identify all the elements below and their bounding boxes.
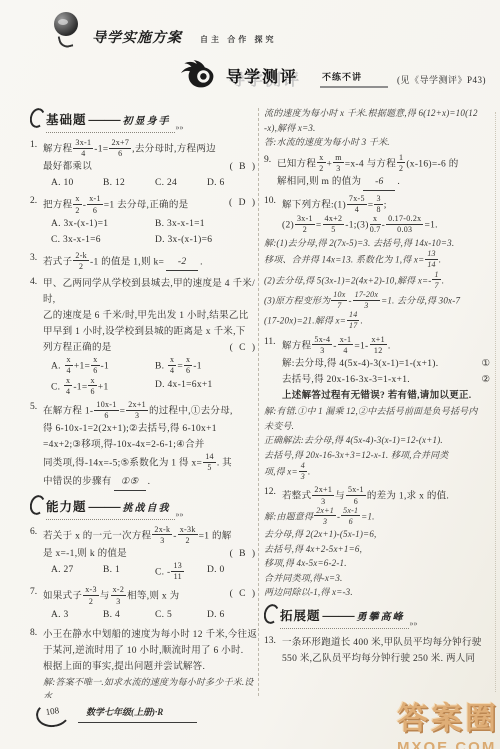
- text: .: [442, 275, 444, 285]
- text-line: 甲、乙两同学从学校到县城去,甲的速度是 4 千米/时,: [43, 276, 259, 308]
- numerator: x-1: [87, 194, 103, 205]
- option: D. 6: [207, 607, 259, 623]
- text-line: 解方程3x-14-1=2x+76,去分母时,方程两边: [43, 139, 259, 159]
- numerator: 7x-5: [347, 194, 367, 205]
- problem-3: 3.若式子2-k2-1 的值是 1,则 k=-2.: [30, 252, 259, 272]
- denominator: 4: [168, 366, 176, 376]
- numerator: 2x+1: [312, 485, 334, 496]
- text: =4x+2;③移项,得-10x-4x=2-6-1;④合并: [43, 440, 205, 450]
- option: B. 12: [103, 175, 155, 191]
- option: C. -1311: [155, 562, 207, 582]
- numerator: 2-k: [73, 251, 89, 262]
- answer-blank: ①⑤: [114, 474, 146, 491]
- problem-1: 1.解方程3x-14-1=2x+76,去分母时,方程两边最好都乘以( B )A.…: [30, 139, 259, 191]
- section-rule: 能力题——挑战自我: [46, 497, 175, 520]
- text: 解相同,则 m 的值为: [277, 177, 361, 187]
- text: 正确解法:去分母,得 4(5x-4)-3(x-1)=12-(x+1).: [264, 435, 443, 445]
- crescent-icon: [30, 106, 47, 129]
- problem-number: 8.: [30, 628, 37, 638]
- option: C. 5: [155, 607, 207, 623]
- text: -: [173, 531, 176, 541]
- text-line: 两边同除以-1,得 x=-3.: [264, 585, 494, 600]
- problem-number: 11.: [264, 337, 276, 347]
- denominator: 17: [347, 321, 359, 331]
- text-line: 流的速度为每小时 x 千米.根据题意,得 6(12+x)=10(12: [264, 106, 494, 121]
- problem-number: 3.: [30, 253, 37, 263]
- text: A.: [51, 362, 64, 372]
- text-line: 把方程x2-x-16=1 去分母,正确的是( D ): [43, 195, 259, 215]
- text: 根据上面的事实,提出问题并尝试解答.: [43, 662, 205, 672]
- chevrons-icon: »»: [410, 619, 418, 628]
- answer-blank: -2: [166, 254, 198, 271]
- text: 去括号,得 20x-16-3x-3=1-x+1.: [282, 375, 410, 385]
- text-line: 如果式子x-32与x-23相等,则 x 为( C ): [43, 586, 259, 606]
- problem-6: 6.若关于 x 的一元一次方程2x-k3-x-3k2=1 的解是 x=-1,则 …: [30, 526, 259, 583]
- text: -1=: [94, 144, 108, 154]
- denominator: 6: [87, 205, 103, 215]
- text: D. 4x-1=6x+1: [155, 380, 213, 390]
- text: 甲早到 1 小时,设学校到县城的距离是 x 千米,下: [43, 327, 246, 337]
- text-line: 同类项,得-14x=-5;⑤系数化为 1 得 x=145. 其: [43, 453, 259, 473]
- text: 在解方程 1-: [43, 406, 93, 416]
- denominator: 3: [312, 345, 332, 355]
- denominator: 0.7: [370, 225, 381, 235]
- text: =: [316, 221, 322, 231]
- text-line: 甲早到 1 小时,设学校到县城的距离是 x 千米,下: [43, 324, 259, 340]
- option: C. x4-1=x6+1: [51, 377, 155, 397]
- options-row: A. x4+1=x6-1B. x4=x6-1: [51, 356, 259, 376]
- fraction: x4: [65, 355, 73, 375]
- fraction: x4: [168, 355, 176, 375]
- numerator: x: [91, 355, 99, 366]
- text: D. 0: [207, 565, 225, 575]
- problem-number: 13.: [264, 636, 276, 646]
- text-line: 解:(1)去分母,得 2(7x-5)=3. 去括号,得 14x-10=3.: [264, 236, 494, 251]
- text: -x),解得 x=3.: [264, 123, 316, 133]
- fraction: 2-k2: [73, 251, 89, 271]
- answer-blank: -6: [363, 174, 395, 191]
- text-line: 根据上面的事实,提出问题并尝试解答.: [43, 659, 259, 675]
- text: 若关于 x 的一元一次方程: [43, 531, 151, 541]
- text: D. 6: [207, 178, 225, 188]
- option: B. x4=x6-1: [155, 356, 259, 376]
- text-line: 上述解答过程有无错误? 若有错,请加以更正.: [282, 388, 494, 404]
- fraction: 1314: [425, 249, 437, 269]
- section-expansion: 拓展题——勇攀高峰»»: [264, 604, 494, 629]
- text: =: [368, 200, 374, 210]
- text: -1=: [73, 382, 87, 392]
- text-line: 一条环形跑道长 400 米,甲队员平均每分钟行驶: [282, 635, 494, 651]
- text-line: 解方程5x-43-x-14=1-x+112.: [282, 336, 494, 356]
- fraction: 5x-43: [312, 335, 332, 355]
- mascot-logo-icon: [54, 12, 82, 50]
- text: +1: [98, 382, 109, 392]
- denominator: 6: [91, 366, 99, 376]
- fraction: 3x-12: [295, 214, 315, 234]
- problem-number: 12.: [264, 487, 276, 497]
- crescent-icon: [30, 493, 47, 516]
- option: B. 1: [103, 562, 155, 582]
- section-dash: ——: [89, 111, 121, 128]
- numerator: x: [168, 355, 176, 366]
- page-edge-dots: [495, 112, 496, 692]
- option: A. 3: [51, 607, 103, 623]
- text: A. 27: [51, 565, 74, 575]
- text: 甲、乙两同学从学校到县城去,甲的速度是 4 千米/时,: [43, 279, 255, 305]
- options-row: A. 10B. 12C. 24D. 6: [51, 175, 259, 191]
- fraction: 1311: [171, 561, 184, 581]
- denominator: 3: [353, 301, 380, 311]
- text: 未变号.: [264, 421, 294, 431]
- text-line: 得 6-10x-1=2(2x+1);②去括号,得 6-10x+1: [43, 421, 259, 437]
- denominator: 4: [65, 366, 73, 376]
- text: .: [148, 477, 151, 487]
- text-line: 最好都乘以( B ): [43, 159, 259, 175]
- text: 解:(1)去分母,得 2(7x-5)=3. 去括号,得 14x-10=3.: [264, 238, 454, 248]
- text: =: [120, 406, 126, 416]
- fraction: x4: [64, 376, 72, 396]
- text-line: =4x+2;③移项,得-10x-4x=2-6-1;④合并: [43, 437, 259, 453]
- options-row: A. 3x-(x-1)=1B. 3x-x-1=1: [51, 216, 259, 232]
- text: 解方程: [43, 144, 72, 154]
- denominator: 6: [346, 496, 366, 506]
- text-line: 去括号,得 20x-16-3x-3=1-x+1.②: [282, 372, 494, 388]
- numerator: 1: [397, 153, 405, 164]
- denominator: 3: [314, 516, 336, 526]
- section-subtitle: 初显身手: [123, 116, 171, 127]
- text: . 其: [217, 459, 232, 469]
- text: B. 1: [103, 565, 120, 575]
- problem-12: 12.若整式2x+13与5x-16的差为 1,求 x 的值.解:由题意得2x+1…: [264, 486, 494, 599]
- header: 导学实施方案 自主 合作 探究 导学测评 不练不讲 (见《导学测评》P43): [0, 0, 500, 102]
- text-line: (2)3x-12=4x+25-1;(3)x0.7-0.17-0.2x0.03=1…: [282, 215, 494, 235]
- text: (x-16)=-6 的: [406, 159, 458, 169]
- text: ;: [384, 200, 387, 210]
- column-left: 基础题——初显身手»»1.解方程3x-14-1=2x+76,去分母时,方程两边最…: [30, 106, 259, 698]
- chevrons-icon: »»: [176, 510, 184, 519]
- fraction: 2x-k3: [152, 525, 172, 545]
- denominator: 7: [331, 301, 347, 311]
- text: +1=: [74, 362, 90, 372]
- text: 上述解答过程有无错误? 若有错,请加以更正.: [282, 391, 471, 401]
- section-subtitle: 勇攀高峰: [357, 612, 405, 623]
- watermark-url: MXQE.COM: [397, 739, 499, 749]
- column-right: 流的速度为每小时 x 千米.根据题意,得 6(12+x)=10(12-x),解得…: [264, 106, 494, 704]
- denominator: 4: [73, 149, 93, 159]
- fraction: x6: [184, 355, 192, 375]
- numerator: 13: [171, 561, 184, 572]
- footer: 108 数学七年级(上册)·R: [36, 701, 286, 727]
- text: 解:答案不唯一.如求水流的速度为每小时多少千米.设水: [43, 677, 254, 698]
- text: 小王在静水中划船的速度为每小时 12 千米,今往返: [43, 630, 257, 640]
- fraction: x-32: [83, 585, 99, 605]
- section-ability: 能力题——挑战自我»»: [30, 495, 259, 520]
- problem-9: 9.已知方程x2+m3=x-4 与方程12(x-16)=-6 的解相同,则 m …: [264, 154, 494, 191]
- numerator: 3x-1: [73, 138, 93, 149]
- fraction: 2x+13: [126, 400, 148, 420]
- fraction: 17-20x3: [353, 290, 380, 310]
- answer-letter: ( D ): [229, 195, 257, 211]
- fraction: x-16: [87, 194, 103, 214]
- problem-number: 2.: [30, 196, 37, 206]
- denominator: 4: [338, 345, 354, 355]
- section-dash: ——: [89, 498, 121, 515]
- text: 去分母,得 2(2x+1)-(5x-1)=6,: [264, 529, 376, 539]
- numerator: x: [65, 355, 73, 366]
- section-basic: 基础题——初显身手»»: [30, 108, 259, 133]
- denominator: 2: [178, 535, 198, 545]
- option: C. 24: [155, 175, 207, 191]
- option: D. 4x-1=6x+1: [155, 377, 259, 397]
- text: 一条环形跑道长 400 米,甲队员平均每分钟行驶: [282, 638, 482, 648]
- text-line: 去括号,得 20x-16-3x+3=12-x-1. 移项,合并同类: [264, 448, 494, 463]
- text: 解:有错.①中 1 漏乘 12,②中去括号前面是负号括号内: [264, 406, 478, 416]
- text: -: [83, 201, 86, 211]
- text: C.: [51, 382, 63, 392]
- numerator: 3x-1: [295, 214, 315, 225]
- text-line: (2)去分母,得 5(3x-1)=2(4x+2)-10,解得 x=-17.: [264, 271, 494, 291]
- problem-10: 10.解下列方程:(1)7x-54=38;(2)3x-12=4x+25-1;(3…: [264, 195, 494, 332]
- denominator: 2: [83, 596, 99, 606]
- fraction: 12: [397, 153, 405, 173]
- numerator: 14: [347, 310, 359, 321]
- page-number: 108: [45, 705, 60, 717]
- numerator: 10x: [331, 290, 347, 301]
- option: D. 0: [207, 562, 259, 582]
- text: 若整式: [282, 492, 311, 502]
- text: .: [439, 254, 441, 264]
- numerator: x: [317, 153, 325, 164]
- text: 解:由题意得: [264, 511, 313, 521]
- option: D. 6: [207, 175, 259, 191]
- text: 如果式子: [43, 592, 82, 602]
- text-line: 于某河,逆流时用了 10 小时,顺流时用了 6 小时.: [43, 643, 259, 659]
- answer-letter: ②: [481, 372, 492, 388]
- text-line: 解:答案不唯一.如求水流的速度为每小时多少千米.设水: [43, 675, 259, 698]
- text: D. 6: [207, 610, 225, 620]
- fraction: x-3k2: [178, 525, 198, 545]
- text: (2): [282, 221, 294, 231]
- text-line: 若式子2-k2-1 的值是 1,则 k=-2.: [43, 252, 259, 272]
- text-line: 列方程正确的是( C ): [43, 340, 259, 356]
- answer-letter: ( B ): [230, 159, 257, 175]
- fraction: m3: [333, 153, 344, 173]
- text: -: [333, 341, 336, 351]
- denominator: 3: [299, 472, 307, 482]
- text: 列方程正确的是: [43, 343, 112, 353]
- text: B. 4: [103, 610, 120, 620]
- banner-title: 导学测评: [226, 64, 298, 87]
- fraction: 7x-54: [347, 194, 367, 214]
- text: C. 24: [155, 178, 177, 188]
- text: .: [388, 341, 391, 351]
- mascot-tail: [58, 34, 74, 50]
- text: 若式子: [43, 257, 72, 267]
- option: A. 27: [51, 562, 103, 582]
- text-line: 是 x=-1,则 k 的值是( B ): [43, 546, 259, 562]
- text: -1: [101, 362, 110, 372]
- text: =1-: [354, 341, 368, 351]
- option: D. 3x-(x-1)=6: [155, 232, 259, 248]
- numerator: 14: [203, 452, 216, 463]
- text: 的过程中,①去分母,: [149, 406, 233, 416]
- banner-reference: (见《导学测评》P43): [397, 73, 486, 86]
- text: =1 的解: [199, 531, 232, 541]
- denominator: 6: [88, 386, 96, 396]
- text: 相等,则 x 为: [127, 592, 179, 602]
- fraction: x-23: [111, 585, 127, 605]
- fraction: 0.17-0.2x0.03: [386, 214, 423, 234]
- text: =: [177, 362, 183, 372]
- text-line: 去括号,得 4x+2-5x+1=6,: [264, 542, 494, 557]
- problem-11: 11.解方程5x-43-x-14=1-x+112.解:去分母,得 4(5x-4)…: [264, 336, 494, 483]
- fraction: x6: [91, 355, 99, 375]
- section-dash: ——: [323, 607, 355, 624]
- text: =x-4 与方程: [345, 159, 396, 169]
- text: 的差为 1,求 x 的值.: [367, 492, 449, 502]
- fraction: 3x-14: [73, 138, 93, 158]
- problem-8: 8.小王在静水中划船的速度为每小时 12 千米,今往返于某河,逆流时用了 10 …: [30, 627, 259, 698]
- text: -: [382, 221, 385, 231]
- text: 中错误的步骤有: [43, 477, 112, 487]
- denominator: 11: [171, 572, 184, 582]
- text-line: 中错误的步骤有①⑤.: [43, 474, 259, 491]
- denominator: 3: [126, 411, 148, 421]
- problem-number: 9.: [264, 155, 271, 165]
- denominator: 8: [374, 205, 382, 215]
- numerator: 0.17-0.2x: [386, 214, 423, 225]
- numerator: 3: [374, 194, 382, 205]
- option: C. 3x-x-1=6: [51, 232, 155, 248]
- denominator: 14: [425, 260, 437, 270]
- fraction: 5x-16: [346, 485, 366, 505]
- text: 乙的速度是 6 千米/时,甲先出发 1 小时,结果乙比: [43, 311, 249, 321]
- text-line: 项,得 x=43.: [264, 462, 494, 482]
- problem-2: 2.把方程x2-x-16=1 去分母,正确的是( D )A. 3x-(x-1)=…: [30, 195, 259, 247]
- numerator: 2x+7: [109, 138, 131, 149]
- numerator: 2x-k: [152, 525, 172, 536]
- text: 项,得 x=: [264, 466, 298, 476]
- text: 解:去分母,得 4(5x-4)-3(x-1)=1-(x+1).: [282, 359, 438, 369]
- numerator: 5x-1: [346, 485, 366, 496]
- text: 两边同除以-1,得 x=-3.: [264, 587, 353, 597]
- text: 移项,得 4x-5x=6-2-1.: [264, 558, 347, 568]
- option: A. 3x-(x-1)=1: [51, 216, 155, 232]
- text: A. 10: [51, 178, 74, 188]
- options-row: A. 3B. 4C. 5D. 6: [51, 607, 259, 623]
- brand-title: 导学实施方案: [92, 29, 182, 45]
- problem-5: 5.在解方程 1-10x-16=2x+13的过程中,①去分母,得 6-10x-1…: [30, 401, 259, 491]
- numerator: 5x-1: [341, 506, 360, 517]
- text: 于某河,逆流时用了 10 小时,顺流时用了 6 小时.: [43, 646, 243, 656]
- fraction: 43: [299, 461, 307, 481]
- section-title: 基础题: [46, 113, 87, 127]
- numerator: x: [184, 355, 192, 366]
- numerator: x-2: [111, 585, 127, 596]
- text: +: [327, 159, 333, 169]
- mascot-ball: [54, 12, 78, 36]
- text-line: 解:有错.①中 1 漏乘 12,②中去括号前面是负号括号内: [264, 404, 494, 419]
- numerator: x-1: [338, 335, 354, 346]
- problem-number: 1.: [30, 140, 37, 150]
- denominator: 5: [203, 463, 216, 473]
- numerator: 4: [299, 461, 307, 472]
- text: 550 米,乙队员平均每分钟行驶 250 米. 两人同: [282, 654, 475, 664]
- denominator: 5: [323, 225, 345, 235]
- problem-8-solution-cont: 流的速度为每小时 x 千米.根据题意,得 6(12+x)=10(12-x),解得…: [264, 106, 494, 150]
- text: B.: [155, 362, 167, 372]
- text-line: -x),解得 x=3.: [264, 121, 494, 136]
- text: C. 5: [155, 610, 172, 620]
- problem-number: 10.: [264, 196, 276, 206]
- text: -1: [193, 362, 202, 372]
- text: -: [337, 511, 340, 521]
- text-line: 答:水流的速度为每小时 3 千米.: [264, 135, 494, 150]
- numerator: m: [333, 153, 344, 164]
- option: B. 3x-x-1=1: [155, 216, 259, 232]
- denominator: 3: [312, 496, 334, 506]
- text-line: 550 米,乙队员平均每分钟行驶 250 米. 两人同: [282, 651, 494, 667]
- text: =1. 去分母,得 30x-7: [381, 295, 460, 305]
- fraction: x+112: [370, 335, 387, 355]
- numerator: 1: [432, 270, 440, 281]
- text: C. 3x-x-1=6: [51, 235, 101, 245]
- text: 把方程: [43, 201, 72, 211]
- text-line: 解下列方程:(1)7x-54=38;: [282, 195, 494, 215]
- denominator: 4: [347, 205, 367, 215]
- fraction: 38: [374, 194, 382, 214]
- section-title: 能力题: [46, 500, 87, 514]
- denominator: 12: [370, 345, 387, 355]
- problem-number: 4.: [30, 277, 37, 287]
- problem-4: 4.甲、乙两同学从学校到县城去,甲的速度是 4 千米/时,乙的速度是 6 千米/…: [30, 276, 259, 397]
- fraction: x2: [317, 153, 325, 173]
- denominator: 7: [432, 280, 440, 290]
- fraction: 5x-16: [341, 506, 360, 526]
- text: 与: [100, 592, 110, 602]
- numerator: 13: [425, 249, 437, 260]
- text: =1 去分母,正确的是: [104, 201, 189, 211]
- text-line: 正确解法:去分母,得 4(5x-4)-3(x-1)=12-(x+1).: [264, 433, 494, 448]
- text: .: [200, 257, 203, 267]
- brand-slogan: 自主 合作 探究: [200, 35, 276, 44]
- fraction: 2x+76: [109, 138, 131, 158]
- section-title: 拓展题: [280, 609, 321, 623]
- denominator: 2: [295, 225, 315, 235]
- text: 同类项,得-14x=-5;⑤系数化为 1 得 x=: [43, 459, 202, 469]
- text: -1;(3): [345, 221, 368, 231]
- fraction: x-14: [338, 335, 354, 355]
- crescent-icon: [264, 602, 281, 625]
- text: (3)原方程变形为: [264, 295, 330, 305]
- text: 答:水流的速度为每小时 3 千米.: [264, 137, 390, 147]
- denominator: 2: [73, 205, 81, 215]
- text: 已知方程: [277, 159, 316, 169]
- problem-number: 5.: [30, 402, 37, 412]
- text: B. 3x-x-1=1: [155, 219, 205, 229]
- fraction: 2x+13: [312, 485, 334, 505]
- text-line: 解:去分母,得 4(5x-4)-3(x-1)=1-(x+1).①: [282, 356, 494, 372]
- denominator: 6: [94, 411, 118, 421]
- section-subtitle: 挑战自我: [123, 503, 171, 514]
- answer-letter: ( B ): [230, 546, 257, 562]
- fraction: 1417: [347, 310, 359, 330]
- text: A. 3: [51, 610, 69, 620]
- text-line: 未变号.: [264, 419, 494, 434]
- denominator: 6: [341, 516, 360, 526]
- text-line: 解:由题意得2x+13-5x-16=1.: [264, 507, 494, 527]
- numerator: 4x+2: [323, 214, 345, 225]
